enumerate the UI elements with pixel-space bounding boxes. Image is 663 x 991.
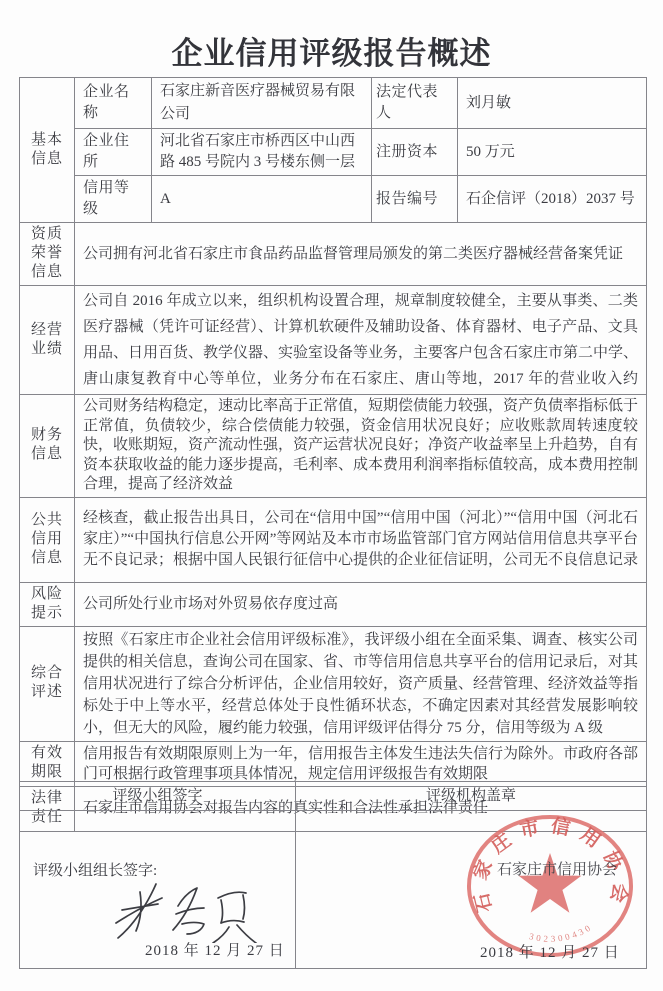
field-value-registered-capital: 50 万元: [458, 129, 647, 176]
table-row-risk-notice: 风险提示 公司所处行业市场对外贸易依存度过高: [20, 582, 647, 626]
field-value-report-number: 石企信评（2018）2037 号: [458, 176, 647, 223]
table-row-validity-period: 有效期限 信用报告有效期限原则上为一年，信用报告主体发生违法失信行为除外。市政府…: [20, 741, 647, 786]
table-row-company-address: 企业住所 河北省石家庄市桥西区中山西路 485 号院内 3 号楼东侧一层 注册资…: [20, 129, 647, 176]
field-value-company-name: 石家庄新音医疗器械贸易有限公司: [152, 78, 372, 129]
sign-column-header: 评级小组签字: [20, 782, 296, 811]
section-label-validity-period: 有效期限: [20, 741, 75, 786]
field-label-registered-capital: 注册资本: [372, 129, 458, 176]
section-label-basic-info: 基本信息: [20, 78, 75, 223]
section-label-financial-info: 财务信息: [20, 395, 75, 498]
stamp-column-header: 评级机构盖章: [296, 782, 647, 811]
field-label-credit-grade: 信用等级: [75, 176, 152, 223]
section-content-validity-period: 信用报告有效期限原则上为一年，信用报告主体发生违法失信行为除外。市政府各部门可根…: [75, 741, 647, 786]
table-row-overall-review: 综合评述 按照《石家庄市企业社会信用评级标准》，我评级小组在全面采集、调查、核实…: [20, 626, 647, 741]
section-label-business-performance: 经营业绩: [20, 286, 75, 395]
agency-name-text: 石家庄市信用协会: [497, 860, 617, 881]
page-title: 企业信用评级报告概述: [0, 28, 663, 73]
table-row-qualifications: 资质荣誉信息 公司拥有河北省石家庄市食品药品监督管理局颁发的第二类医疗器械经营备…: [20, 223, 647, 286]
table-row-public-credit-info: 公共信用信息 经核查，截止报告出具日，公司在“信用中国”“信用中国（河北）”“信…: [20, 497, 647, 582]
leader-signature-cell: 评级小组组长签字: 2018 年 12 月 27 日: [20, 811, 296, 969]
field-label-company-name: 企业名称: [75, 78, 152, 129]
section-content-public-credit-info: 经核查，截止报告出具日，公司在“信用中国”“信用中国（河北）”“信用中国（河北石…: [75, 497, 647, 582]
field-value-credit-grade: A: [152, 176, 372, 223]
section-content-qualifications: 公司拥有河北省石家庄市食品药品监督管理局颁发的第二类医疗器械经营备案凭证: [75, 223, 647, 286]
table-row-financial-info: 财务信息 公司财务结构稳定，速动比率高于正常值，短期偿债能力较强，资产负债率指标…: [20, 395, 647, 498]
handwritten-signature: [110, 879, 260, 943]
section-label-public-credit-info: 公共信用信息: [20, 497, 75, 582]
agency-stamp-cell: 石家庄市信用协会 302300430 石家庄市信用协会 2018 年 12 月 …: [296, 811, 647, 969]
stamp-date: 2018 年 12 月 27 日: [480, 943, 620, 964]
table-row-footer-headers: 评级小组签字 评级机构盖章: [20, 782, 647, 811]
field-value-address: 河北省石家庄市桥西区中山西路 485 号院内 3 号楼东侧一层: [152, 129, 372, 176]
table-row-business-performance: 经营业绩 公司自 2016 年成立以来，组织机构设置合理，规章制度较健全，主要从…: [20, 286, 647, 395]
section-label-qualifications: 资质荣誉信息: [20, 223, 75, 286]
svg-text:302300430: 302300430: [528, 921, 594, 943]
section-content-overall-review: 按照《石家庄市企业社会信用评级标准》，我评级小组在全面采集、调查、核实公司提供的…: [75, 626, 647, 741]
field-label-report-number: 报告编号: [372, 176, 458, 223]
table-row-credit-grade: 信用等级 A 报告编号 石企信评（2018）2037 号: [20, 176, 647, 223]
field-value-legal-rep: 刘月敏: [458, 78, 647, 129]
table-row-company-name: 基本信息 企业名称 石家庄新音医疗器械贸易有限公司 法定代表人 刘月敏: [20, 78, 647, 129]
section-content-risk-notice: 公司所处行业市场对外贸易依存度过高: [75, 582, 647, 626]
table-row-footer-body: 评级小组组长签字: 2018 年 12 月 27 日: [20, 811, 647, 969]
signature-stamp-table: 评级小组签字 评级机构盖章 评级小组组长签字:: [19, 781, 647, 969]
field-label-legal-rep: 法定代表人: [372, 78, 458, 129]
sign-date: 2018 年 12 月 27 日: [145, 941, 285, 962]
section-content-financial-info: 公司财务结构稳定，速动比率高于正常值，短期偿债能力较强，资产负债率指标低于正常值…: [75, 395, 647, 498]
seal-serial-digits: 302300430: [528, 921, 594, 943]
section-label-overall-review: 综合评述: [20, 626, 75, 741]
section-content-business-performance: 公司自 2016 年成立以来，组织机构设置合理，规章制度较健全，主要从事类、二类…: [75, 286, 647, 395]
section-label-risk-notice: 风险提示: [20, 582, 75, 626]
credit-rating-report-page: 企业信用评级报告概述 基本信息 企业名称 石家庄新音医疗器械贸易有限公司 法定代…: [0, 0, 663, 991]
report-table: 基本信息 企业名称 石家庄新音医疗器械贸易有限公司 法定代表人 刘月敏 企业住所…: [19, 77, 647, 832]
field-label-address: 企业住所: [75, 129, 152, 176]
